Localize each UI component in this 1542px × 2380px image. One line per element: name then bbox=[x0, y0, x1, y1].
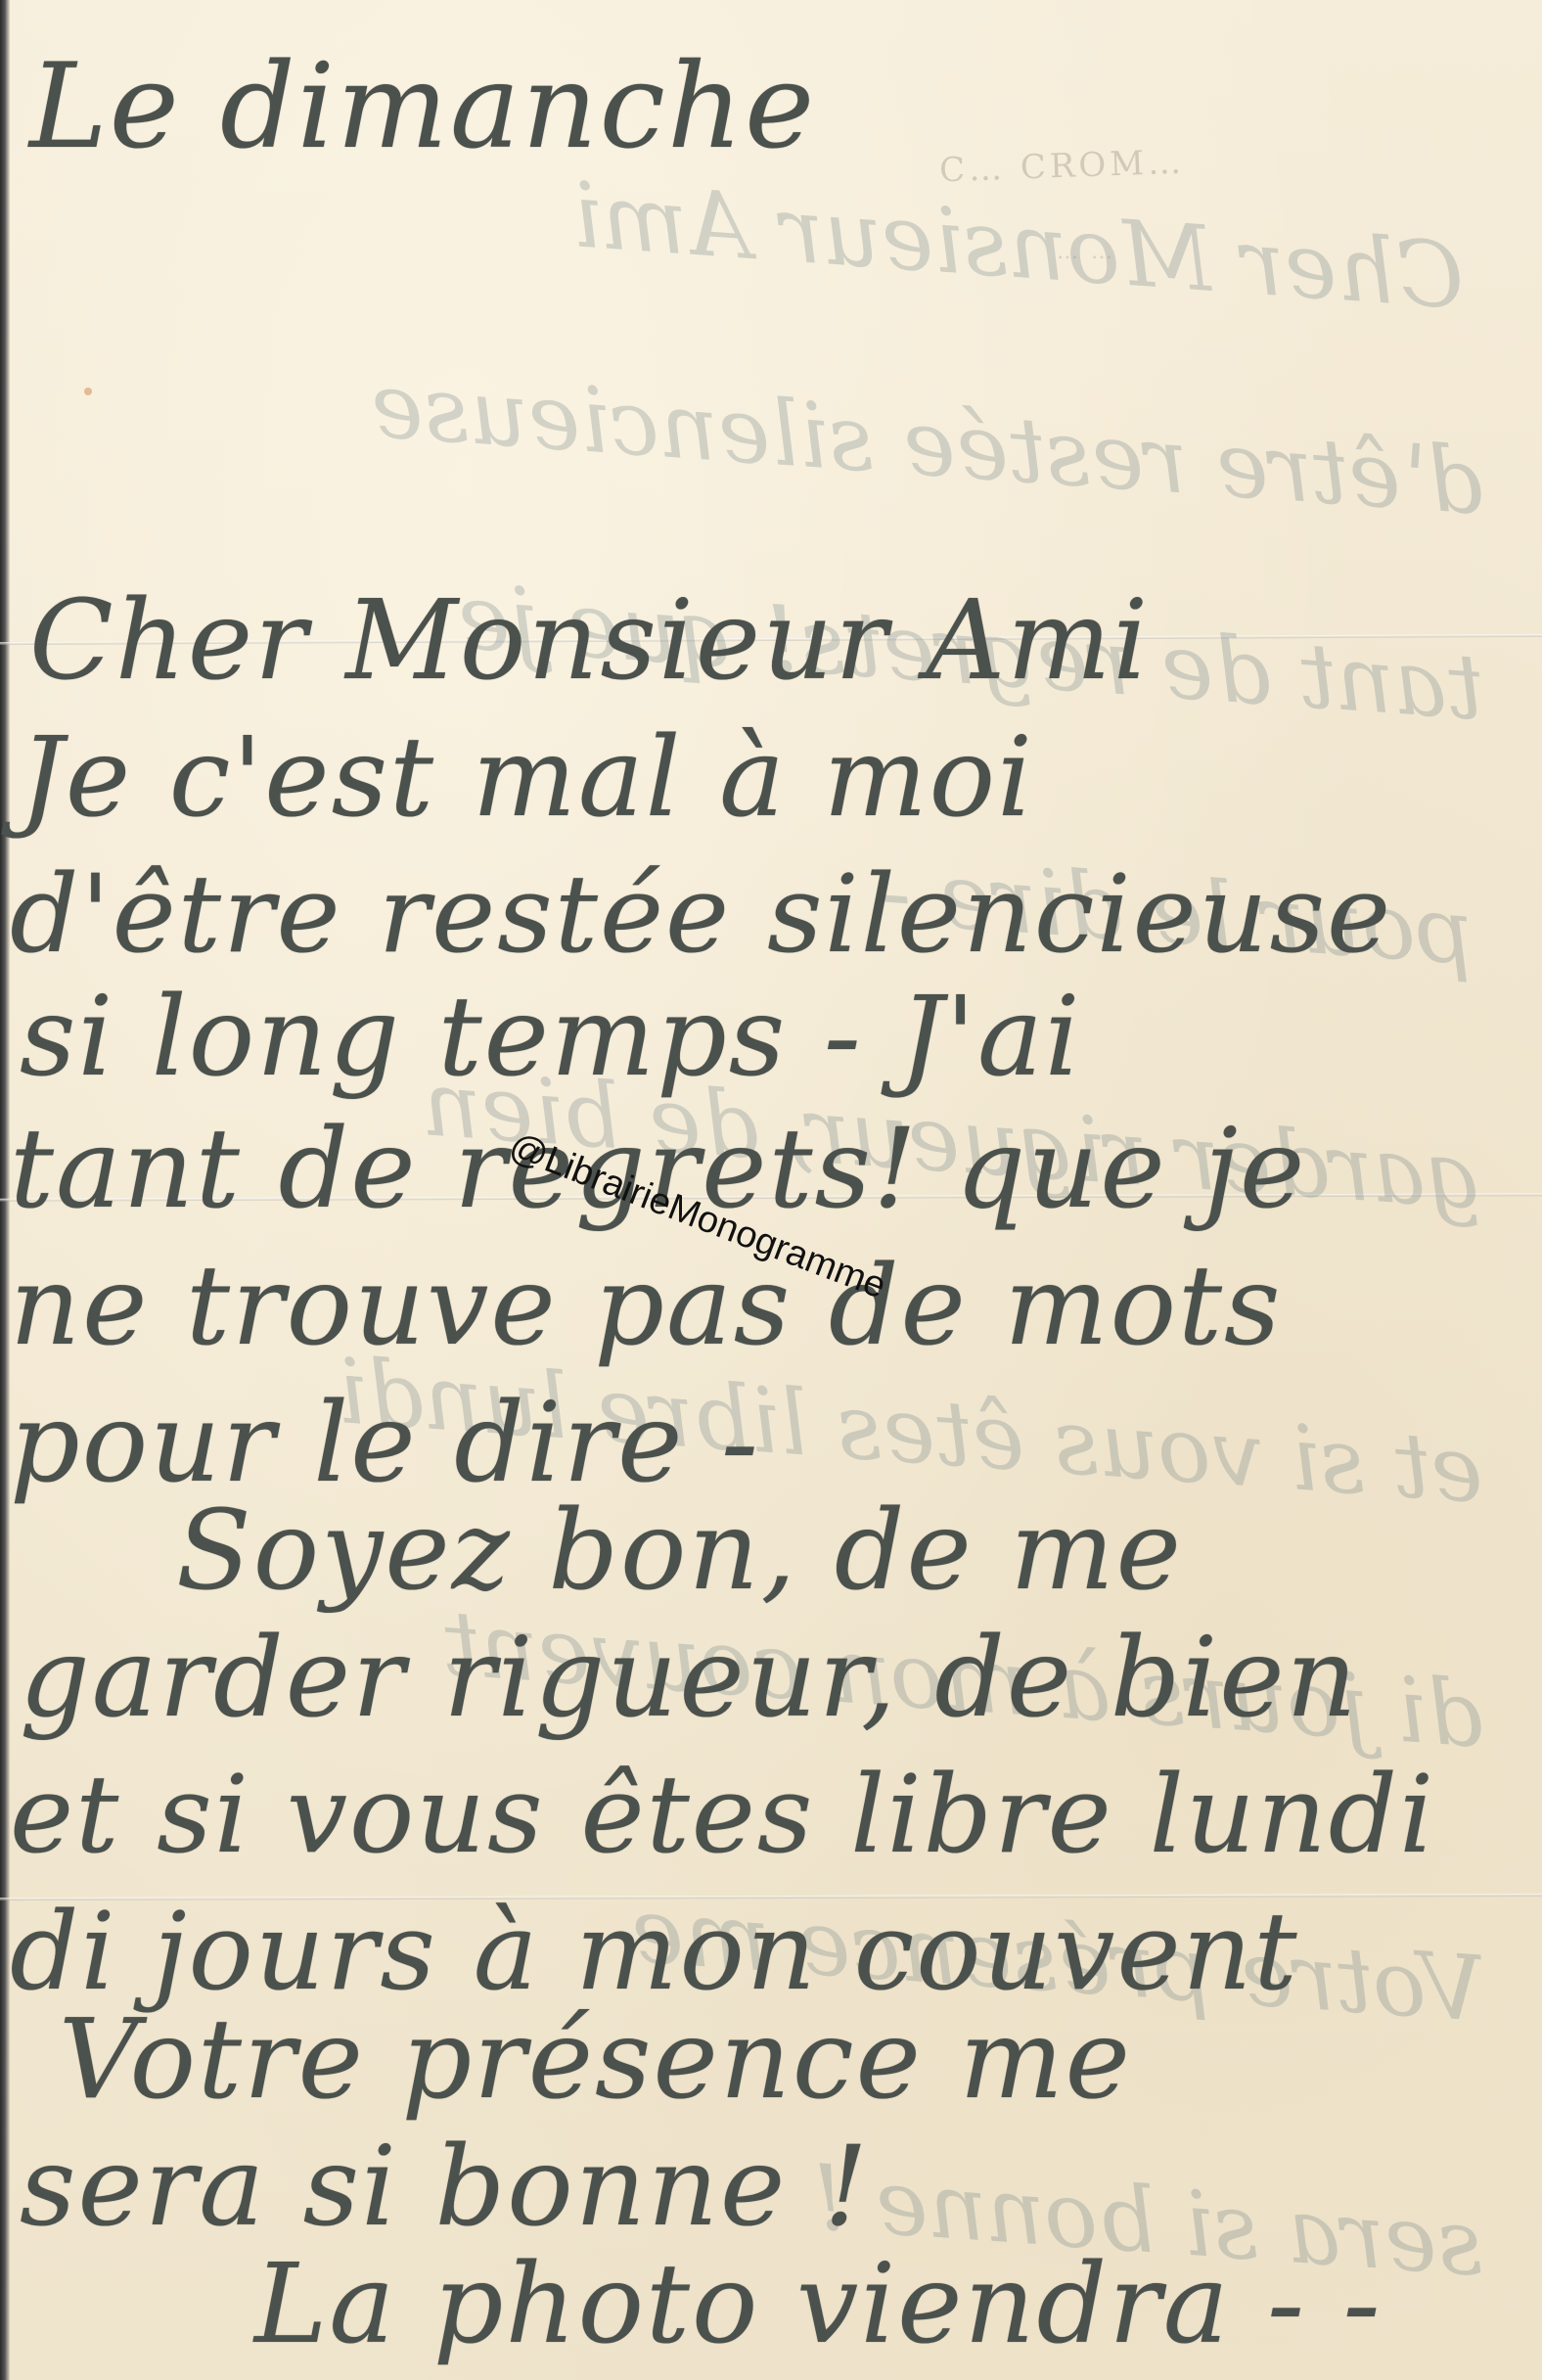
letter-line: Je c'est mal à moi bbox=[20, 714, 1034, 842]
letter-line: sera si bonne ! bbox=[20, 2124, 870, 2251]
letter-line: Soyez bon, de me bbox=[176, 1487, 1183, 1615]
paper-stain bbox=[84, 388, 92, 395]
letter-line: Votre présence me bbox=[59, 1996, 1132, 2124]
letter-line: La photo viendra - - bbox=[254, 2241, 1382, 2368]
letter-salutation: Cher Monsieur Ami bbox=[29, 577, 1150, 705]
bleed-through-text: d'être restée silencieuse bbox=[367, 352, 1487, 534]
faint-letterhead: C… CROM… bbox=[938, 143, 1185, 191]
letter-line: si long temps - J'ai bbox=[20, 974, 1082, 1101]
letter-line: et si vous êtes libre lundi bbox=[10, 1752, 1435, 1877]
letter-line: d'être restée silencieuse bbox=[10, 851, 1392, 977]
letter-line: garder rigueur, de bien bbox=[20, 1615, 1359, 1742]
scan-edge-shadow bbox=[0, 0, 10, 2380]
letter-line: di jours à mon couvent bbox=[10, 1889, 1299, 2014]
bleed-through-text: Cher Monsieur Ami bbox=[569, 162, 1468, 329]
letter-dateline: Le dimanche bbox=[29, 39, 816, 175]
letter-page: C… CROM… … … Cher Monsieur Ami d'être re… bbox=[0, 0, 1542, 2380]
letter-line: ne trouve pas de mots bbox=[10, 1243, 1283, 1370]
